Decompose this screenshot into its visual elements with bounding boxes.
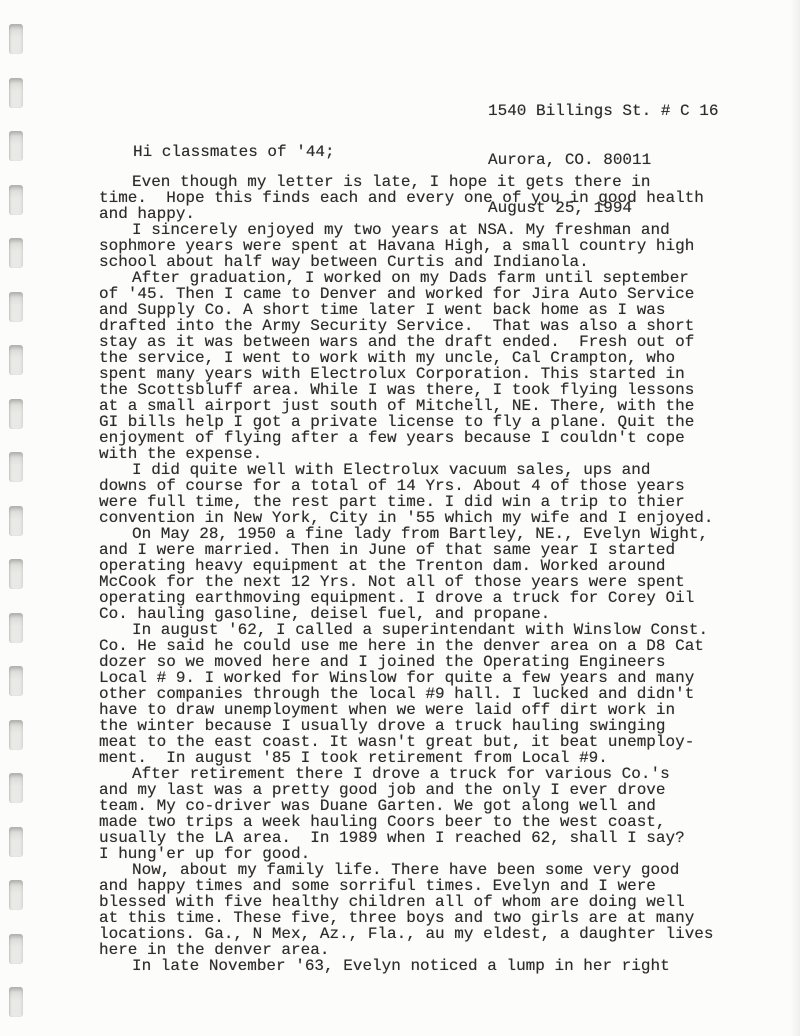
binding-hole bbox=[9, 131, 23, 161]
letter-line: with the expense. bbox=[99, 446, 779, 462]
binding-hole bbox=[9, 399, 23, 429]
letter-line: the winter because I usually drove a tru… bbox=[99, 718, 779, 734]
letter-line: and my last was a pretty good job and th… bbox=[99, 782, 779, 798]
letter-line: and happy times and some sorriful times.… bbox=[99, 878, 779, 894]
letter-line: the service, I went to work with my uncl… bbox=[99, 350, 779, 366]
letter-line: team. My co-driver was Duane Garten. We … bbox=[99, 798, 779, 814]
letter-line: On May 28, 1950 a fine lady from Bartley… bbox=[99, 526, 779, 542]
letter-line: convention in New York, City in '55 whic… bbox=[99, 510, 779, 526]
letter-line: Local # 9. I worked for Winslow for quit… bbox=[99, 670, 779, 686]
binding-hole bbox=[9, 78, 23, 108]
letter-line: and happy. bbox=[99, 206, 779, 222]
binding-holes bbox=[0, 0, 30, 1036]
binding-hole bbox=[9, 24, 23, 54]
binding-hole bbox=[9, 773, 23, 803]
return-address-line: 1540 Billings St. # C 16 bbox=[488, 103, 718, 119]
letter-line: Co. He said he could use me here in the … bbox=[99, 638, 779, 654]
binding-hole bbox=[9, 827, 23, 857]
letter-line: at a small airport just south of Mitchel… bbox=[99, 398, 779, 414]
return-address-line: Aurora, CO. 80011 bbox=[488, 152, 718, 168]
letter-line: McCook for the next 12 Yrs. Not all of t… bbox=[99, 574, 779, 590]
binding-hole bbox=[9, 987, 23, 1017]
scanned-letter-page: 1540 Billings St. # C 16 Aurora, CO. 800… bbox=[0, 0, 800, 1036]
letter-line: I sincerely enjoyed my two years at NSA.… bbox=[99, 222, 779, 238]
letter-line: and I were married. Then in June of that… bbox=[99, 542, 779, 558]
letter-line: made two trips a week hauling Coors beer… bbox=[99, 814, 779, 830]
letter-body: Even though my letter is late, I hope it… bbox=[99, 174, 779, 974]
letter-line: school about half way between Curtis and… bbox=[99, 254, 779, 270]
letter-line: other companies through the local #9 hal… bbox=[99, 686, 779, 702]
letter-line: I hung'er up for good. bbox=[99, 846, 779, 862]
binding-hole bbox=[9, 345, 23, 375]
binding-hole bbox=[9, 238, 23, 268]
letter-line: were full time, the rest part time. I di… bbox=[99, 494, 779, 510]
page-edge-shadow bbox=[790, 0, 800, 1036]
letter-line: of '45. Then I came to Denver and worked… bbox=[99, 286, 779, 302]
binding-hole bbox=[9, 292, 23, 322]
binding-hole bbox=[9, 613, 23, 643]
binding-hole bbox=[9, 880, 23, 910]
letter-line: sophmore years were spent at Havana High… bbox=[99, 238, 779, 254]
binding-hole bbox=[9, 720, 23, 750]
letter-line: here in the denver area. bbox=[99, 942, 779, 958]
letter-line: GI bills help I got a private license to… bbox=[99, 414, 779, 430]
binding-hole bbox=[9, 506, 23, 536]
letter-line: Now, about my family life. There have be… bbox=[99, 862, 779, 878]
letter-line: downs of course for a total of 14 Yrs. A… bbox=[99, 478, 779, 494]
letter-line: operating heavy equipment at the Trenton… bbox=[99, 558, 779, 574]
letter-line: In late November '63, Evelyn noticed a l… bbox=[99, 958, 779, 974]
letter-line: In august '62, I called a superintendant… bbox=[99, 622, 779, 638]
letter-line: at this time. These five, three boys and… bbox=[99, 910, 779, 926]
letter-line: the Scottsbluff area. While I was there,… bbox=[99, 382, 779, 398]
letter-line: and Supply Co. A short time later I went… bbox=[99, 302, 779, 318]
letter-line: usually the LA area. In 1989 when I reac… bbox=[99, 830, 779, 846]
binding-hole bbox=[9, 185, 23, 215]
binding-hole bbox=[9, 666, 23, 696]
binding-hole bbox=[9, 559, 23, 589]
letter-line: stay as it was between wars and the draf… bbox=[99, 334, 779, 350]
letter-line: spent many years with Electrolux Corpora… bbox=[99, 366, 779, 382]
letter-line: After retirement there I drove a truck f… bbox=[99, 766, 779, 782]
letter-line: After graduation, I worked on my Dads fa… bbox=[99, 270, 779, 286]
letter-line: operating earthmoving equipment. I drove… bbox=[99, 590, 779, 606]
binding-hole bbox=[9, 452, 23, 482]
letter-line: blessed with five healthy children all o… bbox=[99, 894, 779, 910]
binding-hole bbox=[9, 934, 23, 964]
letter-line: ment. In august '85 I took retirement fr… bbox=[99, 750, 779, 766]
letter-line: Co. hauling gasoline, deisel fuel, and p… bbox=[99, 606, 779, 622]
letter-line: time. Hope this finds each and every one… bbox=[99, 190, 779, 206]
letter-line: drafted into the Army Security Service. … bbox=[99, 318, 779, 334]
letter-line: dozer so we moved here and I joined the … bbox=[99, 654, 779, 670]
letter-line: meat to the east coast. It wasn't great … bbox=[99, 734, 779, 750]
letter-line: locations. Ga., N Mex, Az., Fla., au my … bbox=[99, 926, 779, 942]
letter-line: have to draw unemployment when we were l… bbox=[99, 702, 779, 718]
salutation: Hi classmates of '44; bbox=[133, 144, 335, 160]
letter-line: enjoyment of flying after a few years be… bbox=[99, 430, 779, 446]
letter-line: I did quite well with Electrolux vacuum … bbox=[99, 462, 779, 478]
letter-line: Even though my letter is late, I hope it… bbox=[99, 174, 779, 190]
